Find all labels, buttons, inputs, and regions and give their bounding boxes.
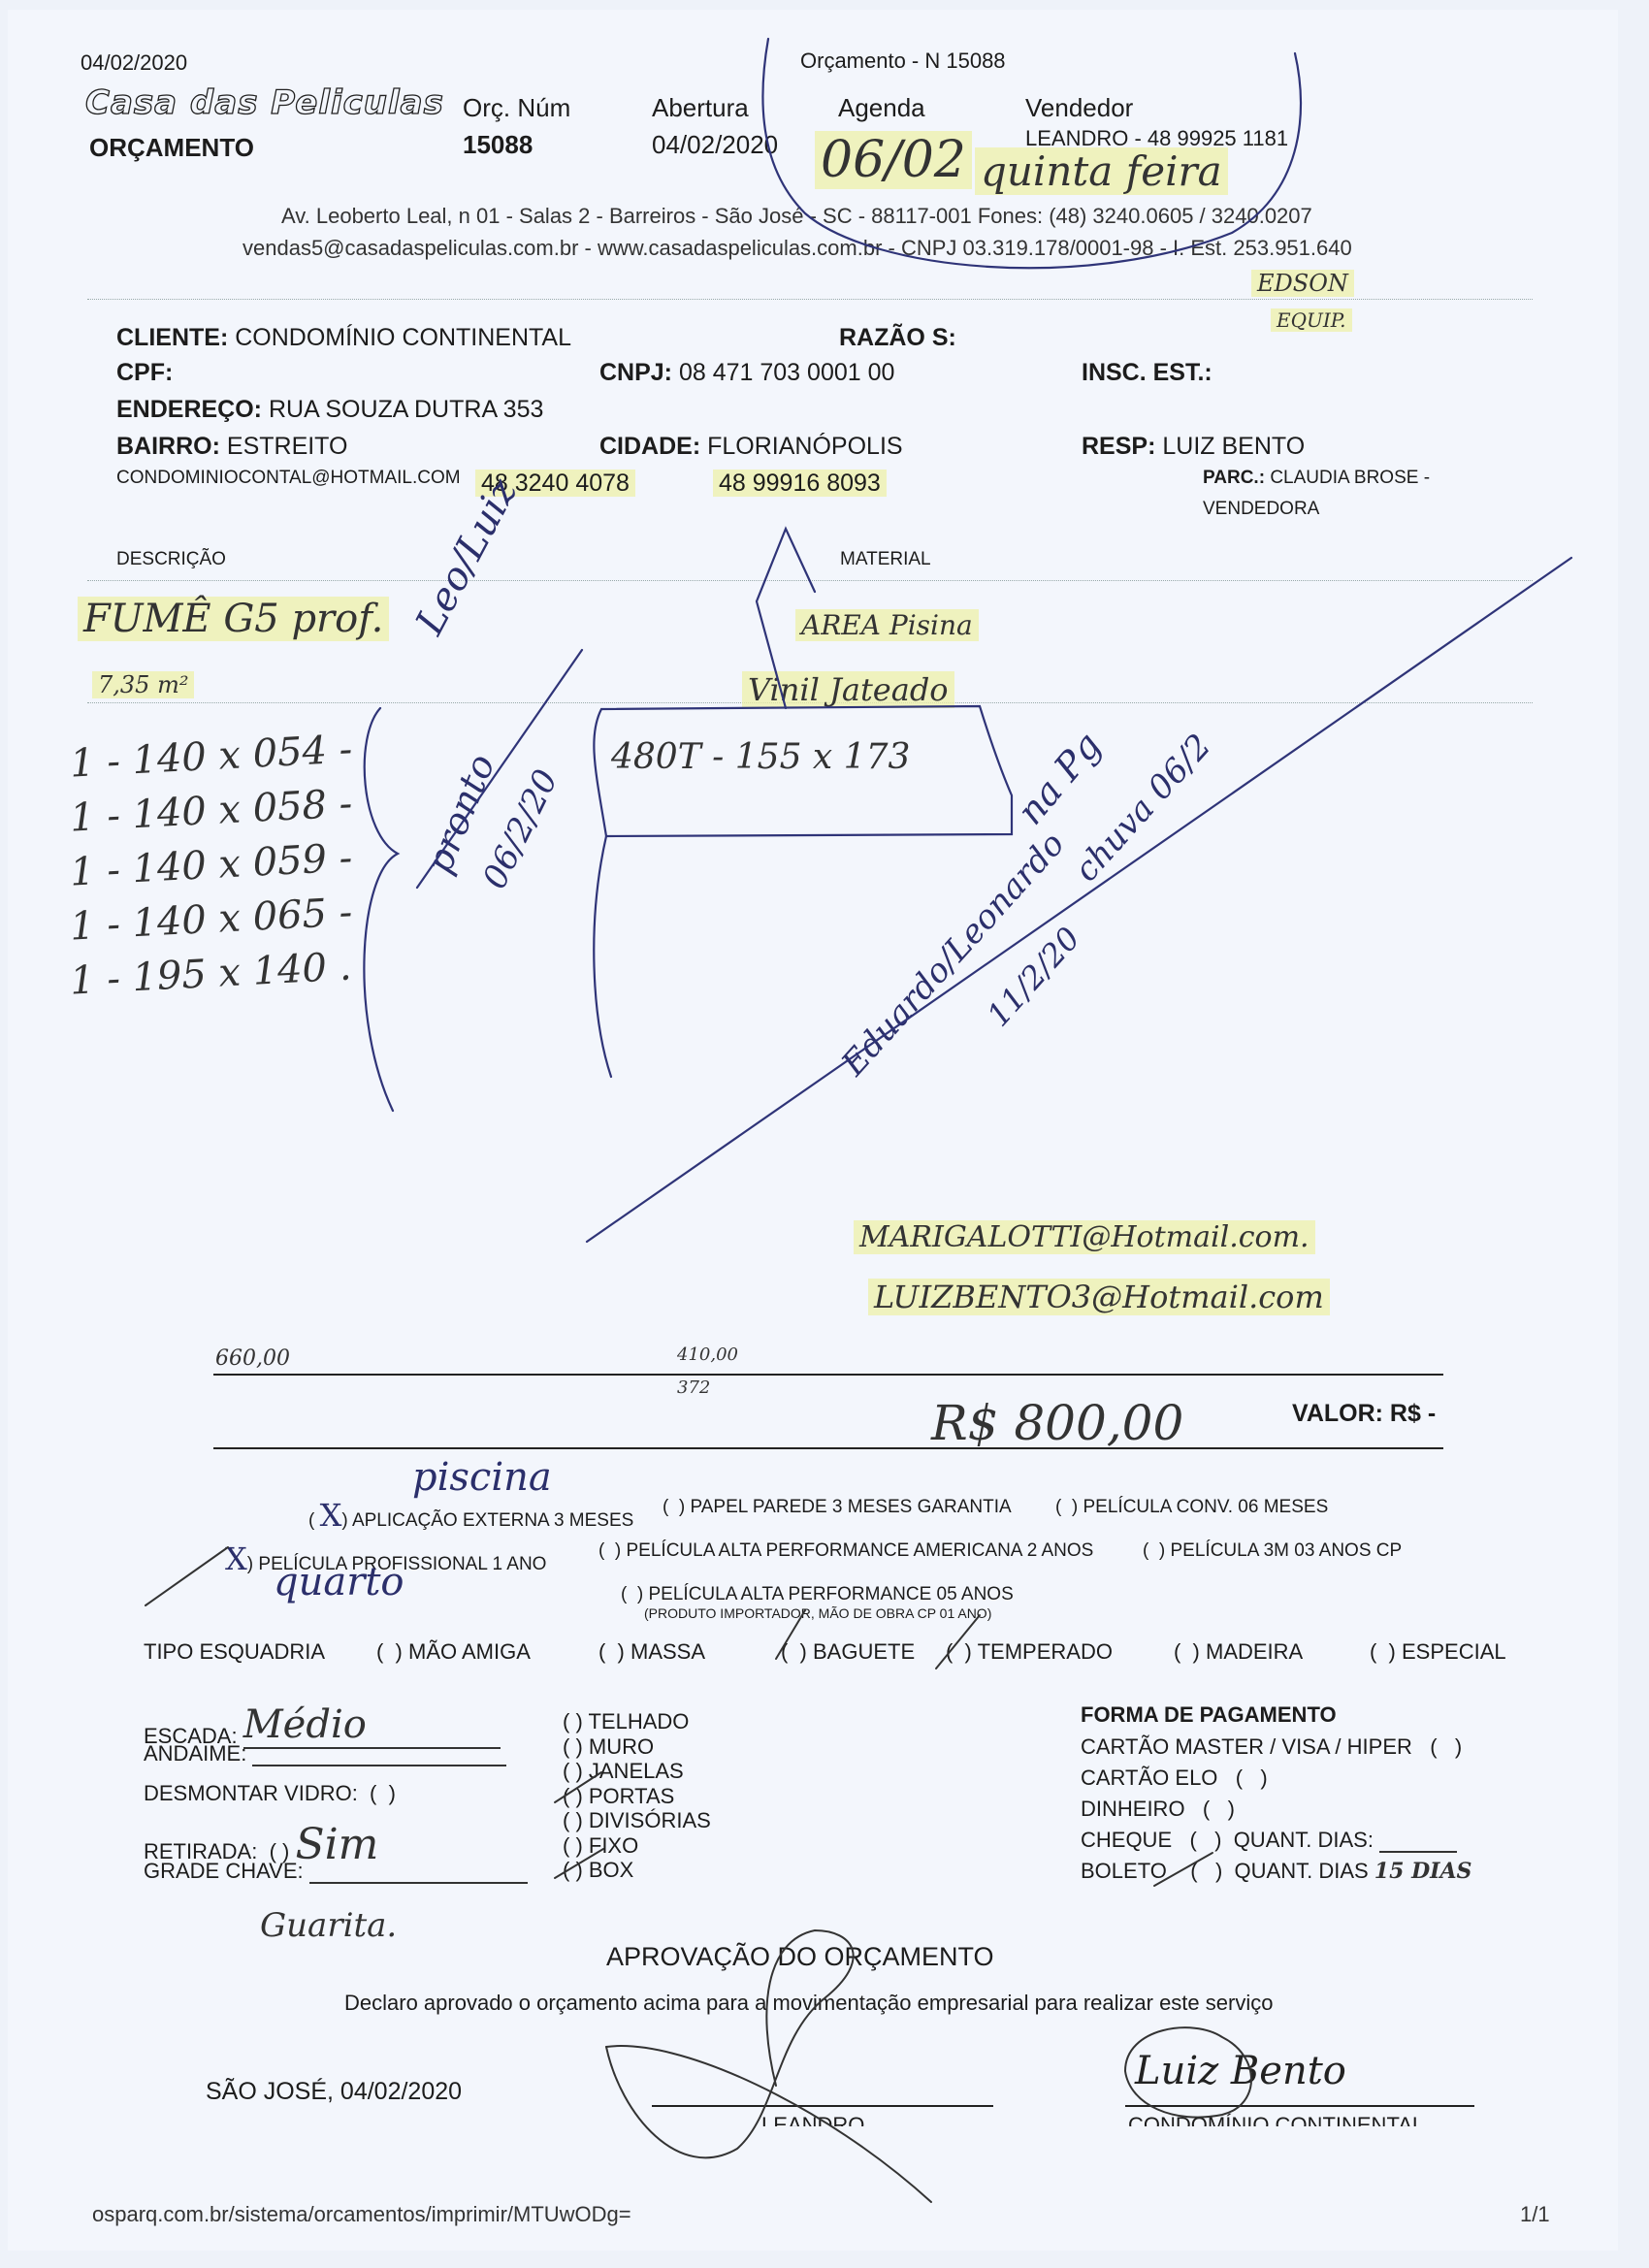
measurements-list: 1 - 140 x 054 -1 - 140 x 058 -1 - 140 x … — [70, 729, 352, 1001]
area-handwritten: 7,35 m² — [92, 671, 194, 698]
warranty-pelicula-3m[interactable]: ( ) PELÍCULA 3M 03 ANOS CP — [1143, 1540, 1402, 1562]
razao-field: RAZÃO S: — [839, 324, 956, 352]
cnpj-field: CNPJ: 08 471 703 0001 00 — [599, 359, 894, 387]
location-option[interactable]: ( ) MURO — [563, 1734, 711, 1760]
side-note: EDSON — [1251, 270, 1354, 297]
client-email: CONDOMINIOCONTAL@HOTMAIL.COM — [116, 468, 461, 489]
parc-field-2: VENDEDORA — [1203, 499, 1319, 520]
company-address: Av. Leoberto Leal, n 01 - Salas 2 - Barr… — [281, 204, 1312, 229]
locations-list: ( ) TELHADO( ) MURO( ) JANELAS( ) PORTAS… — [563, 1709, 711, 1883]
orc-num-label: Orç. Núm — [463, 93, 570, 123]
place-date: SÃO JOSÉ, 04/02/2020 — [206, 2078, 462, 2106]
parc-field: PARC.: CLAUDIA BROSE - — [1203, 468, 1430, 489]
total-handwritten: R$ 800,00 — [931, 1395, 1183, 1451]
footer-url[interactable]: osparq.com.br/sistema/orcamentos/imprimi… — [92, 2202, 631, 2227]
andaime-field[interactable]: ANDAIME: — [144, 1741, 506, 1766]
mid-amount-1: 410,00 — [677, 1345, 738, 1365]
location-option[interactable]: ( ) FIXO — [563, 1833, 711, 1859]
material-box-text: 480T - 155 x 173 — [611, 737, 910, 777]
location-option[interactable]: ( ) PORTAS — [563, 1784, 711, 1809]
agenda-label: Agenda — [838, 93, 925, 123]
location-option[interactable]: ( ) TELHADO — [563, 1709, 711, 1734]
company-logo: Casa das Peliculas — [85, 83, 444, 122]
mid-amount-2: 372 — [677, 1377, 710, 1398]
page-number: 1/1 — [1520, 2202, 1550, 2227]
agenda-handwritten: 06/02 — [815, 131, 972, 189]
abertura-value: 04/02/2020 — [652, 130, 778, 160]
grade-chave-field[interactable]: GRADE CHAVE: — [144, 1859, 528, 1884]
signature-right: Luiz Bento — [1135, 2049, 1346, 2093]
warranty-sublabel: (PRODUTO IMPORTADOR, MÃO DE OBRA CP 01 A… — [644, 1605, 991, 1621]
esquadria-label: TIPO ESQUADRIA — [144, 1639, 325, 1665]
signer-right: CONDOMÍNIO CONTINENTAL — [1128, 2113, 1424, 2126]
descricao-label: DESCRIÇÃO — [116, 549, 226, 570]
approval-title: APROVAÇÃO DO ORÇAMENTO — [606, 1942, 994, 1972]
document-reference: Orçamento - N 15088 — [800, 49, 1006, 74]
location-option[interactable]: ( ) DIVISÓRIAS — [563, 1808, 711, 1833]
warranty-note-piscina: piscina — [412, 1455, 552, 1500]
warranty-papel-parede[interactable]: ( ) PAPEL PAREDE 3 MESES GARANTIA — [663, 1497, 1012, 1518]
location-option[interactable]: ( ) BOX — [563, 1858, 711, 1883]
esquadria-baguete[interactable]: ( ) BAGUETE — [781, 1639, 915, 1665]
endereco-field: ENDEREÇO: RUA SOUZA DUTRA 353 — [116, 396, 543, 424]
handwritten-email-2: LUIZBENTO3@Hotmail.com — [868, 1279, 1330, 1315]
payment-title: FORMA DE PAGAMENTO — [1081, 1702, 1337, 1728]
payment-boleto[interactable]: BOLETO ( ) QUANT. DIAS 15 DIAS — [1081, 1859, 1471, 1884]
signer-left: LEANDRO — [761, 2113, 864, 2126]
payment-cartao-elo[interactable]: CARTÃO ELO ( ) — [1081, 1766, 1268, 1791]
abertura-label: Abertura — [652, 93, 749, 123]
print-date: 04/02/2020 — [81, 50, 187, 76]
agenda-note: quinta feira — [975, 147, 1228, 195]
bairro-field: BAIRRO: ESTREITO — [116, 433, 347, 461]
orc-num-value: 15088 — [463, 130, 533, 160]
cpf-field: CPF: — [116, 359, 173, 387]
side-note-2: EQUIP. — [1271, 308, 1352, 332]
payment-cartao-master[interactable]: CARTÃO MASTER / VISA / HIPER ( ) — [1081, 1734, 1462, 1760]
desmontar-field[interactable]: DESMONTAR VIDRO: ( ) — [144, 1781, 396, 1806]
insc-field: INSC. EST.: — [1082, 359, 1212, 387]
location-option[interactable]: ( ) JANELAS — [563, 1759, 711, 1784]
warranty-alta-performance-05[interactable]: ( ) PELÍCULA ALTA PERFORMANCE 05 ANOS — [621, 1584, 1014, 1605]
bottom-note: Guarita. — [260, 1906, 397, 1945]
warranty-note-quarto: quarto — [274, 1560, 404, 1604]
esquadria-especial[interactable]: ( ) ESPECIAL — [1370, 1639, 1506, 1665]
company-contact: vendas5@casadaspeliculas.com.br - www.ca… — [242, 236, 1352, 261]
product-handwritten: FUMÊ G5 prof. — [78, 597, 389, 641]
esquadria-massa[interactable]: ( ) MASSA — [598, 1639, 705, 1665]
esquadria-madeira[interactable]: ( ) MADEIRA — [1174, 1639, 1303, 1665]
client-phone-2: 48 99916 8093 — [713, 470, 887, 498]
material-note-2: Vinil Jateado — [742, 671, 954, 708]
vendedor-label: Vendedor — [1025, 93, 1133, 123]
cidade-field: CIDADE: FLORIANÓPOLIS — [599, 433, 903, 461]
handwritten-email-1: MARIGALOTTI@Hotmail.com. — [854, 1220, 1315, 1254]
valor-label: VALOR: R$ - — [1292, 1400, 1436, 1428]
esquadria-mao-amiga[interactable]: ( ) MÃO AMIGA — [376, 1639, 531, 1665]
warranty-alta-performance-americana[interactable]: ( ) PELÍCULA ALTA PERFORMANCE AMERICANA … — [598, 1540, 1093, 1562]
esquadria-temperado[interactable]: ( ) TEMPERADO — [946, 1639, 1113, 1665]
cliente-field: CLIENTE: CONDOMÍNIO CONTINENTAL — [116, 324, 571, 352]
payment-dinheiro[interactable]: DINHEIRO ( ) — [1081, 1797, 1235, 1822]
payment-cheque[interactable]: CHEQUE ( ) QUANT. DIAS: — [1081, 1828, 1457, 1853]
warranty-pelicula-conv[interactable]: ( ) PELÍCULA CONV. 06 MESES — [1055, 1497, 1328, 1518]
material-label: MATERIAL — [840, 549, 931, 570]
material-note-1: AREA Pisina — [795, 609, 979, 641]
approval-statement: Declaro aprovado o orçamento acima para … — [344, 1991, 1273, 2016]
left-amount: 660,00 — [215, 1346, 290, 1371]
resp-field: RESP: LUIZ BENTO — [1082, 433, 1305, 461]
document-type: ORÇAMENTO — [89, 133, 254, 163]
warranty-aplicacao-externa[interactable]: ( X) APLICAÇÃO EXTERNA 3 MESES — [308, 1497, 633, 1534]
